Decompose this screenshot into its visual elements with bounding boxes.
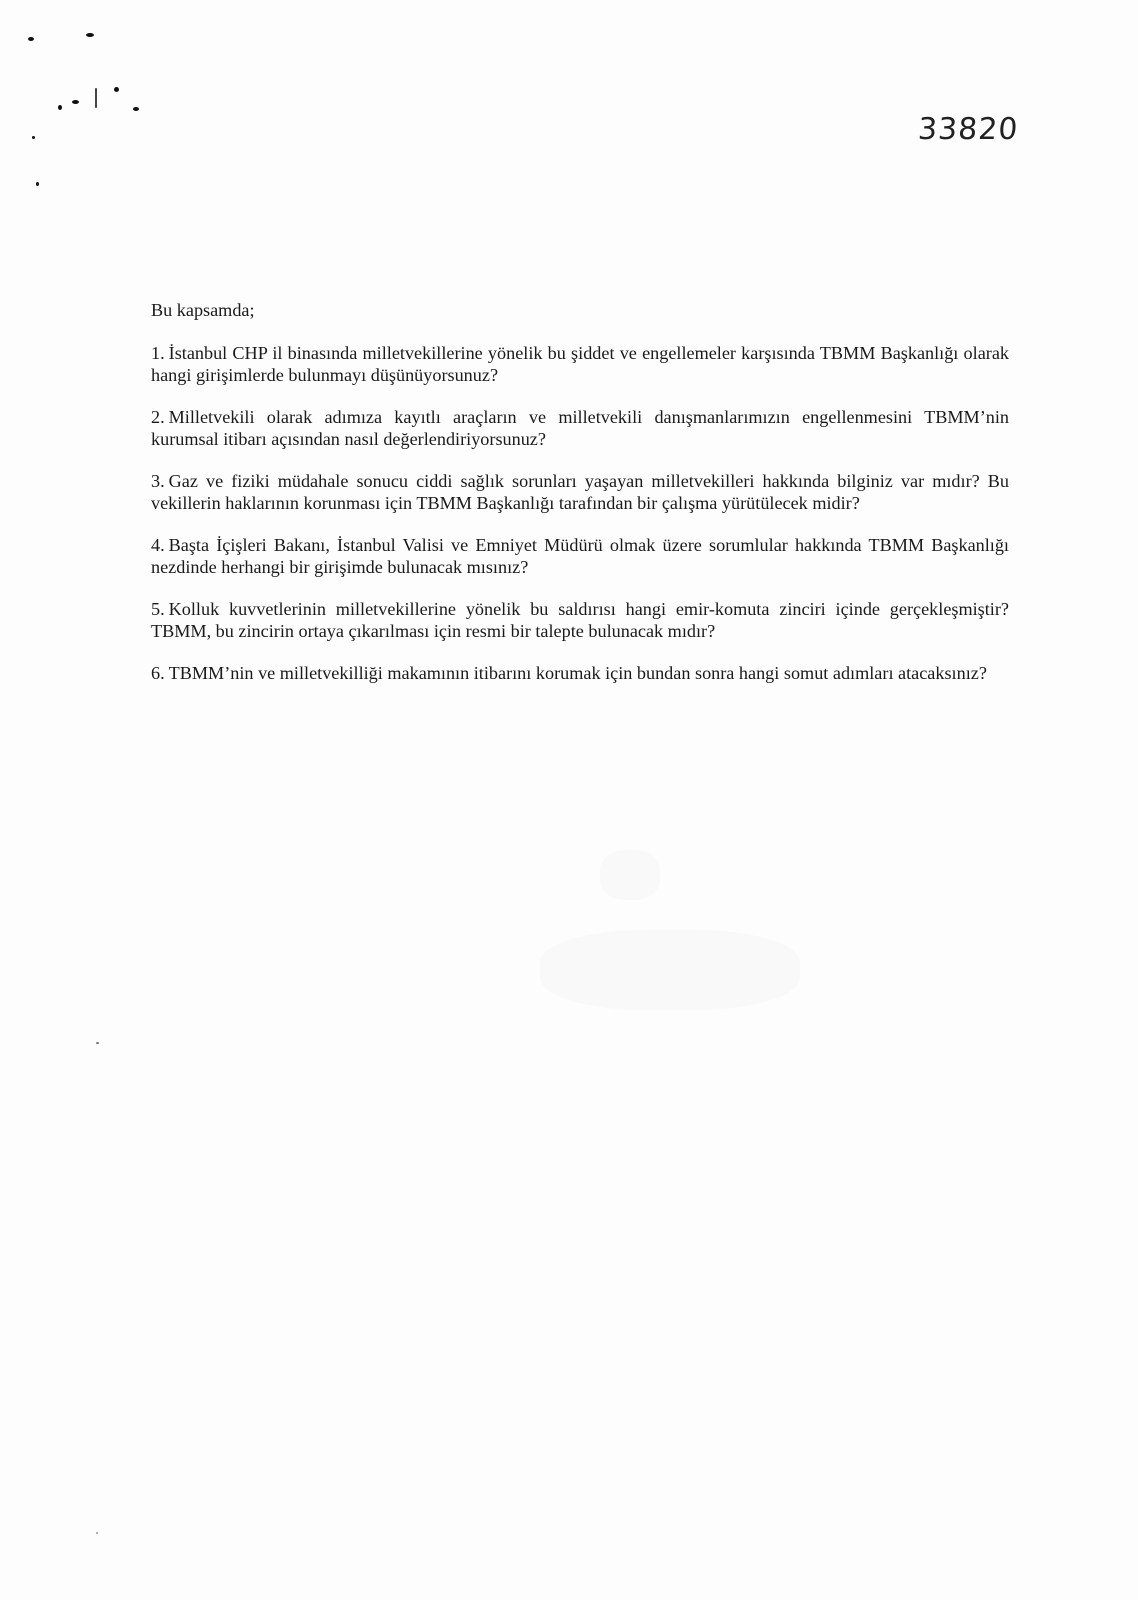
document-body: Bu kapsamda; 1.İstanbul CHP il binasında… (151, 299, 1009, 703)
scan-speck (114, 87, 119, 92)
scan-speck (58, 105, 62, 110)
question-text: Kolluk kuvvetlerinin milletvekillerine y… (151, 599, 1009, 642)
question-number: 4. (151, 535, 165, 555)
scan-speck (72, 100, 79, 104)
question-number: 3. (151, 471, 165, 491)
scanned-page: 33820 Bu kapsamda; 1.İstanbul CHP il bin… (0, 0, 1138, 1600)
question-1: 1.İstanbul CHP il binasında milletvekill… (151, 342, 1009, 387)
question-number: 6. (151, 663, 165, 683)
scan-speck (32, 136, 35, 139)
question-text: İstanbul CHP il binasında milletvekiller… (151, 343, 1009, 386)
question-text: Milletvekili olarak adımıza kayıtlı araç… (151, 407, 1009, 450)
question-text: TBMM’nin ve milletvekilliği makamının it… (169, 663, 987, 683)
scan-speck (86, 33, 94, 37)
question-6: 6.TBMM’nin ve milletvekilliği makamının … (151, 662, 1009, 685)
question-2: 2.Milletvekili olarak adımıza kayıtlı ar… (151, 406, 1009, 451)
question-number: 2. (151, 407, 165, 427)
scan-speck (96, 1532, 98, 1534)
bleed-through (540, 930, 800, 1010)
scan-speck (36, 182, 39, 186)
question-3: 3.Gaz ve fiziki müdahale sonucu ciddi sa… (151, 470, 1009, 515)
intro-line: Bu kapsamda; (151, 299, 1009, 322)
handwritten-document-number: 33820 (917, 112, 1020, 147)
question-number: 1. (151, 343, 165, 363)
question-number: 5. (151, 599, 165, 619)
question-text: Başta İçişleri Bakanı, İstanbul Valisi v… (151, 535, 1009, 578)
scan-speck (133, 107, 139, 111)
bleed-through (600, 850, 660, 900)
question-5: 5.Kolluk kuvvetlerinin milletvekillerine… (151, 598, 1009, 643)
question-text: Gaz ve fiziki müdahale sonucu ciddi sağl… (151, 471, 1009, 514)
question-4: 4.Başta İçişleri Bakanı, İstanbul Valisi… (151, 534, 1009, 579)
scan-speck (28, 37, 34, 41)
scan-speck (95, 88, 97, 108)
scan-speck (96, 1042, 99, 1044)
